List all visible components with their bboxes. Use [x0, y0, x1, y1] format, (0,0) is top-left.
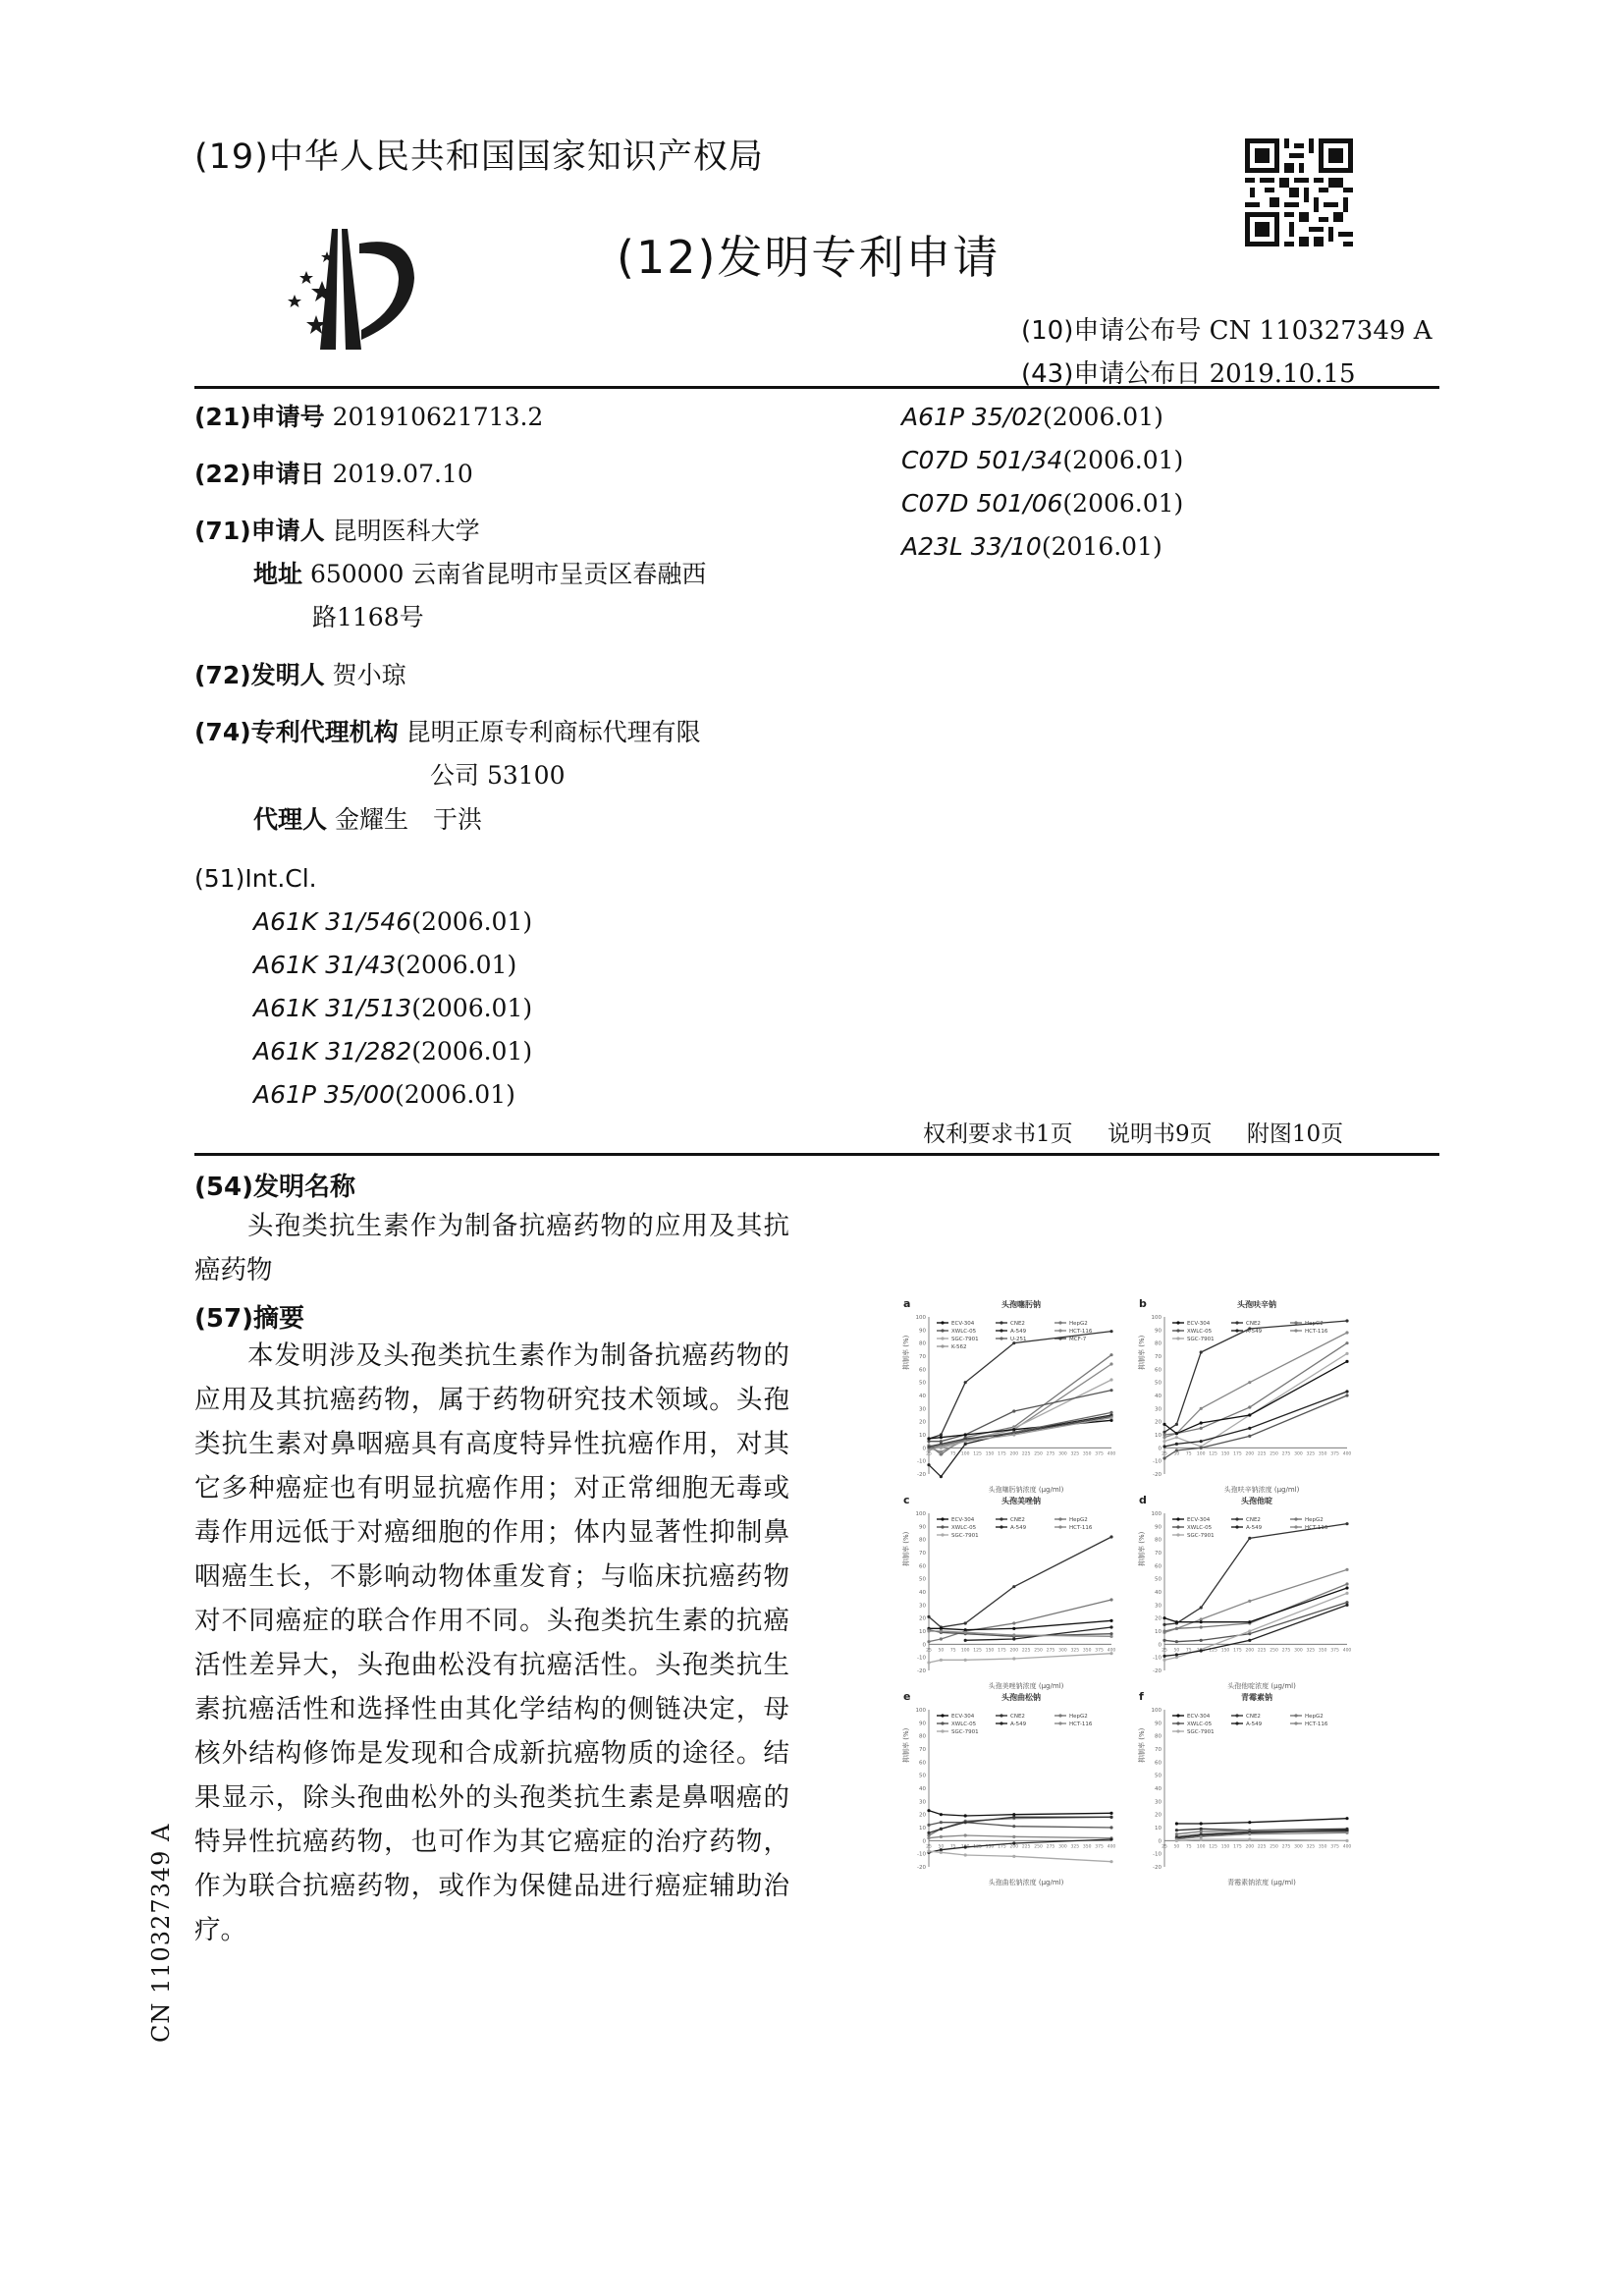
- svg-text:275: 275: [1282, 1647, 1291, 1653]
- svg-text:125: 125: [973, 1450, 982, 1456]
- int-cl-entry: C07D 501/06(2006.01): [901, 489, 1183, 518]
- svg-text:325: 325: [1071, 1647, 1080, 1653]
- svg-text:80: 80: [1155, 1538, 1162, 1544]
- svg-text:325: 325: [1071, 1450, 1080, 1456]
- svg-text:200: 200: [1246, 1450, 1255, 1456]
- publication-date: (43)申请公布日 2019.10.15: [1021, 354, 1356, 390]
- abstract-figure: a 头孢噻肟钠 -20-1001020304050607080901002550…: [903, 1301, 1355, 1890]
- int-cl-entry: A61P 35/00(2006.01): [253, 1080, 515, 1109]
- svg-text:250: 250: [1034, 1450, 1043, 1456]
- address-value-line1: 650000 云南省昆明市呈贡区春融西: [310, 560, 706, 588]
- svg-text:XWLC-05: XWLC-05: [1187, 1722, 1213, 1727]
- svg-text:300: 300: [1294, 1843, 1303, 1849]
- svg-text:-10: -10: [1153, 1656, 1162, 1662]
- address-label: 地址: [253, 560, 302, 588]
- agency-value-line2: 公司 53100: [430, 761, 565, 790]
- svg-text:-10: -10: [1153, 1852, 1162, 1858]
- svg-text:350: 350: [1319, 1647, 1327, 1653]
- agent: 代理人 金耀生 于洪: [253, 805, 482, 835]
- applicant-label: (71)申请人: [194, 517, 325, 545]
- svg-text:150: 150: [1221, 1843, 1230, 1849]
- svg-text:225: 225: [1258, 1450, 1267, 1456]
- svg-text:100: 100: [961, 1647, 970, 1653]
- description-page-count: 说明书9页: [1108, 1121, 1213, 1147]
- svg-text:30: 30: [919, 1799, 926, 1805]
- svg-text:-10: -10: [917, 1852, 926, 1858]
- svg-text:SGC-7901: SGC-7901: [951, 1729, 979, 1735]
- chart-panel-f: f 青霉素钠 -20-10010203040506070809010025507…: [1139, 1694, 1355, 1890]
- svg-text:10: 10: [1155, 1826, 1162, 1831]
- svg-text:50: 50: [939, 1647, 945, 1653]
- agent-value: 金耀生 于洪: [335, 805, 482, 834]
- svg-text:40: 40: [1155, 1590, 1162, 1596]
- chart-panel-d: d 头孢他啶 -20-10010203040506070809010025507…: [1139, 1498, 1355, 1694]
- svg-text:225: 225: [1022, 1450, 1031, 1456]
- svg-text:150: 150: [986, 1450, 995, 1456]
- invention-title-heading: (54)发明名称: [194, 1167, 355, 1203]
- svg-text:HepG2: HepG2: [1069, 1321, 1088, 1327]
- svg-text:80: 80: [919, 1341, 926, 1347]
- svg-text:HCT-116: HCT-116: [1069, 1525, 1093, 1531]
- svg-text:10: 10: [919, 1826, 926, 1831]
- svg-text:30: 30: [1155, 1406, 1162, 1412]
- svg-text:-10: -10: [1153, 1459, 1162, 1465]
- svg-text:90: 90: [1155, 1721, 1162, 1726]
- svg-text:30: 30: [1155, 1799, 1162, 1805]
- svg-text:100: 100: [961, 1450, 970, 1456]
- publication-number-label: (10)申请公布号: [1021, 316, 1201, 346]
- int-cl-entry: A23L 33/10(2016.01): [901, 532, 1162, 561]
- svg-text:90: 90: [919, 1721, 926, 1726]
- applicant-value: 昆明医科大学: [333, 517, 480, 545]
- svg-text:350: 350: [1319, 1843, 1327, 1849]
- application-number-value: 201910621713.2: [333, 403, 544, 431]
- drawings-page-count: 附图10页: [1247, 1121, 1343, 1147]
- svg-text:300: 300: [1294, 1450, 1303, 1456]
- svg-text:175: 175: [1233, 1843, 1242, 1849]
- svg-text:75: 75: [1186, 1450, 1192, 1456]
- svg-text:90: 90: [1155, 1524, 1162, 1530]
- abstract-text: 本发明涉及头孢类抗生素作为制备抗癌药物的应用及其抗癌药物，属于药物研究技术领域。…: [194, 1334, 789, 1952]
- svg-text:50: 50: [1155, 1381, 1162, 1387]
- header-divider: [194, 386, 1439, 389]
- svg-text:40: 40: [919, 1590, 926, 1596]
- agency-value-line1: 昆明正原专利商标代理有限: [406, 718, 701, 746]
- svg-text:375: 375: [1095, 1450, 1104, 1456]
- svg-text:100: 100: [1152, 1511, 1162, 1517]
- svg-text:150: 150: [1221, 1450, 1230, 1456]
- chart-panel-e: e 头孢曲松钠 -20-1001020304050607080901002550…: [903, 1694, 1119, 1890]
- page-counts: 权利要求书1页 说明书9页 附图10页: [923, 1116, 1371, 1148]
- svg-text:CNE2: CNE2: [1010, 1714, 1025, 1720]
- svg-text:HCT-116: HCT-116: [1069, 1722, 1093, 1727]
- svg-text:A-549: A-549: [1010, 1525, 1027, 1531]
- claims-page-count: 权利要求书1页: [923, 1121, 1073, 1147]
- svg-text:30: 30: [919, 1406, 926, 1412]
- svg-text:40: 40: [919, 1394, 926, 1399]
- svg-text:350: 350: [1083, 1843, 1092, 1849]
- svg-text:400: 400: [1343, 1450, 1352, 1456]
- svg-text:25: 25: [926, 1843, 932, 1849]
- svg-text:400: 400: [1343, 1647, 1352, 1653]
- svg-text:225: 225: [1258, 1647, 1267, 1653]
- svg-text:375: 375: [1095, 1843, 1104, 1849]
- svg-text:30: 30: [1155, 1603, 1162, 1609]
- svg-text:100: 100: [916, 1708, 927, 1714]
- inventor-value: 贺小琼: [333, 661, 406, 689]
- svg-text:-20: -20: [1153, 1472, 1162, 1478]
- svg-text:-10: -10: [917, 1459, 926, 1465]
- svg-text:60: 60: [1155, 1367, 1162, 1373]
- publication-number-value: CN 110327349 A: [1210, 316, 1433, 346]
- svg-text:HCT-116: HCT-116: [1305, 1329, 1328, 1335]
- svg-text:CNE2: CNE2: [1010, 1321, 1025, 1327]
- svg-text:70: 70: [919, 1551, 926, 1557]
- inventor-label: (72)发明人: [194, 661, 325, 689]
- svg-text:ECV-304: ECV-304: [1187, 1517, 1211, 1523]
- svg-text:200: 200: [1010, 1450, 1019, 1456]
- svg-text:XWLC-05: XWLC-05: [1187, 1329, 1213, 1335]
- svg-text:-20: -20: [1153, 1865, 1162, 1871]
- application-number: (21)申请号 201910621713.2: [194, 403, 543, 432]
- svg-text:20: 20: [1155, 1616, 1162, 1622]
- int-cl-label: (51)Int.Cl.: [194, 864, 317, 894]
- svg-text:20: 20: [1155, 1420, 1162, 1426]
- svg-text:SGC-7901: SGC-7901: [1187, 1729, 1215, 1735]
- svg-text:80: 80: [1155, 1341, 1162, 1347]
- svg-text:50: 50: [919, 1577, 926, 1583]
- qr-code-icon: [1245, 138, 1353, 246]
- svg-text:A-549: A-549: [1246, 1722, 1263, 1727]
- bibliographic-divider: [194, 1153, 1439, 1156]
- svg-text:60: 60: [919, 1760, 926, 1766]
- svg-text:ECV-304: ECV-304: [951, 1714, 975, 1720]
- svg-text:375: 375: [1095, 1647, 1104, 1653]
- svg-text:275: 275: [1282, 1450, 1291, 1456]
- application-number-label: (21)申请号: [194, 403, 325, 431]
- svg-text:HepG2: HepG2: [1069, 1517, 1088, 1523]
- svg-text:225: 225: [1258, 1843, 1267, 1849]
- svg-text:70: 70: [1155, 1551, 1162, 1557]
- svg-text:-20: -20: [917, 1472, 926, 1478]
- address: 地址 650000 云南省昆明市呈贡区春融西: [253, 560, 706, 589]
- abstract-heading: (57)摘要: [194, 1298, 304, 1335]
- svg-text:CNE2: CNE2: [1246, 1714, 1261, 1720]
- filing-date-label: (22)申请日: [194, 460, 325, 488]
- svg-text:70: 70: [1155, 1354, 1162, 1360]
- svg-text:125: 125: [1209, 1843, 1217, 1849]
- cnipa-logo-icon: [265, 224, 432, 352]
- svg-text:250: 250: [1034, 1647, 1043, 1653]
- svg-text:20: 20: [1155, 1813, 1162, 1819]
- svg-text:HepG2: HepG2: [1305, 1517, 1324, 1523]
- svg-text:50: 50: [1174, 1647, 1180, 1653]
- svg-text:250: 250: [1034, 1843, 1043, 1849]
- publication-number: (10)申请公布号 CN 110327349 A: [1021, 310, 1432, 347]
- svg-text:50: 50: [1155, 1577, 1162, 1583]
- svg-text:-20: -20: [1153, 1668, 1162, 1674]
- svg-text:CNE2: CNE2: [1246, 1517, 1261, 1523]
- agency-label: (74)专利代理机构: [194, 718, 399, 746]
- int-cl-entry: A61P 35/02(2006.01): [901, 403, 1163, 431]
- svg-text:125: 125: [973, 1647, 982, 1653]
- patent-agency: (74)专利代理机构 昆明正原专利商标代理有限: [194, 718, 701, 747]
- svg-text:350: 350: [1083, 1450, 1092, 1456]
- svg-text:XWLC-05: XWLC-05: [1187, 1525, 1213, 1531]
- svg-text:275: 275: [1282, 1843, 1291, 1849]
- svg-text:325: 325: [1307, 1647, 1316, 1653]
- svg-text:40: 40: [919, 1786, 926, 1792]
- svg-text:300: 300: [1058, 1450, 1067, 1456]
- svg-text:30: 30: [919, 1603, 926, 1609]
- svg-text:A-549: A-549: [1246, 1525, 1263, 1531]
- int-cl-entry: A61K 31/546(2006.01): [253, 907, 532, 936]
- svg-text:10: 10: [1155, 1433, 1162, 1439]
- svg-text:90: 90: [919, 1524, 926, 1530]
- svg-text:70: 70: [919, 1354, 926, 1360]
- svg-text:200: 200: [1246, 1647, 1255, 1653]
- svg-text:25: 25: [1162, 1647, 1167, 1653]
- svg-text:75: 75: [950, 1647, 956, 1653]
- chart-panel-b: b 头孢呋辛钠 -20-1001020304050607080901002550…: [1139, 1301, 1355, 1498]
- svg-text:80: 80: [1155, 1734, 1162, 1740]
- publication-date-label: (43)申请公布日: [1021, 359, 1201, 389]
- svg-text:375: 375: [1330, 1647, 1339, 1653]
- svg-text:25: 25: [926, 1647, 932, 1653]
- svg-text:100: 100: [916, 1315, 927, 1321]
- address-line2: 路1168号: [312, 603, 424, 632]
- svg-text:325: 325: [1071, 1843, 1080, 1849]
- svg-text:100: 100: [916, 1511, 927, 1517]
- svg-text:XWLC-05: XWLC-05: [951, 1329, 977, 1335]
- svg-text:HepG2: HepG2: [1069, 1714, 1088, 1720]
- svg-text:10: 10: [919, 1433, 926, 1439]
- filing-date-value: 2019.07.10: [333, 460, 473, 488]
- svg-text:60: 60: [919, 1367, 926, 1373]
- svg-text:400: 400: [1343, 1843, 1352, 1849]
- svg-text:CNE2: CNE2: [1246, 1321, 1261, 1327]
- svg-text:-10: -10: [917, 1656, 926, 1662]
- agent-label: 代理人: [253, 805, 327, 834]
- svg-text:60: 60: [919, 1563, 926, 1569]
- svg-text:SGC-7901: SGC-7901: [951, 1533, 979, 1539]
- svg-text:175: 175: [1233, 1647, 1242, 1653]
- svg-text:250: 250: [1270, 1450, 1278, 1456]
- svg-text:175: 175: [998, 1647, 1006, 1653]
- svg-text:75: 75: [950, 1450, 956, 1456]
- svg-text:25: 25: [1162, 1843, 1167, 1849]
- applicant: (71)申请人 昆明医科大学: [194, 517, 480, 546]
- int-cl-entry: A61K 31/513(2006.01): [253, 994, 532, 1022]
- svg-text:XWLC-05: XWLC-05: [951, 1525, 977, 1531]
- svg-text:150: 150: [986, 1647, 995, 1653]
- svg-text:90: 90: [919, 1328, 926, 1334]
- svg-text:300: 300: [1058, 1843, 1067, 1849]
- svg-text:250: 250: [1270, 1647, 1278, 1653]
- svg-text:400: 400: [1108, 1843, 1116, 1849]
- svg-text:200: 200: [1246, 1843, 1255, 1849]
- svg-text:175: 175: [1233, 1450, 1242, 1456]
- svg-text:40: 40: [1155, 1786, 1162, 1792]
- int-cl-entry: A61K 31/43(2006.01): [253, 951, 516, 979]
- svg-text:SGC-7901: SGC-7901: [1187, 1337, 1215, 1342]
- svg-text:375: 375: [1330, 1843, 1339, 1849]
- svg-text:250: 250: [1270, 1843, 1278, 1849]
- svg-text:125: 125: [1209, 1450, 1217, 1456]
- svg-text:CNE2: CNE2: [1010, 1517, 1025, 1523]
- svg-text:ECV-304: ECV-304: [1187, 1714, 1211, 1720]
- svg-text:325: 325: [1307, 1450, 1316, 1456]
- chart-panel-a: a 头孢噻肟钠 -20-1001020304050607080901002550…: [903, 1301, 1119, 1498]
- svg-text:100: 100: [1152, 1315, 1162, 1321]
- svg-text:ECV-304: ECV-304: [951, 1517, 975, 1523]
- svg-text:350: 350: [1319, 1450, 1327, 1456]
- inventor: (72)发明人 贺小琼: [194, 661, 406, 690]
- int-cl-entry: C07D 501/34(2006.01): [901, 446, 1183, 474]
- svg-text:400: 400: [1108, 1450, 1116, 1456]
- svg-text:40: 40: [1155, 1394, 1162, 1399]
- invention-title: 头孢类抗生素作为制备抗癌药物的应用及其抗癌药物: [194, 1204, 789, 1292]
- svg-text:A-549: A-549: [1010, 1329, 1027, 1335]
- side-publication-number: CN 110327349 A: [147, 1824, 175, 2043]
- svg-text:10: 10: [1155, 1629, 1162, 1635]
- svg-text:-20: -20: [917, 1865, 926, 1871]
- svg-text:10: 10: [919, 1629, 926, 1635]
- svg-text:70: 70: [1155, 1747, 1162, 1753]
- svg-text:ECV-304: ECV-304: [1187, 1321, 1211, 1327]
- svg-text:50: 50: [1155, 1774, 1162, 1779]
- svg-text:80: 80: [919, 1734, 926, 1740]
- svg-text:20: 20: [919, 1813, 926, 1819]
- svg-text:25: 25: [1162, 1450, 1167, 1456]
- svg-text:150: 150: [1221, 1647, 1230, 1653]
- publication-date-value: 2019.10.15: [1210, 359, 1356, 389]
- svg-text:80: 80: [919, 1538, 926, 1544]
- svg-text:70: 70: [919, 1747, 926, 1753]
- svg-text:SGC-7901: SGC-7901: [951, 1337, 979, 1342]
- svg-text:275: 275: [1047, 1450, 1055, 1456]
- svg-text:50: 50: [919, 1774, 926, 1779]
- svg-text:SGC-7901: SGC-7901: [1187, 1533, 1215, 1539]
- svg-text:275: 275: [1047, 1647, 1055, 1653]
- svg-text:300: 300: [1058, 1647, 1067, 1653]
- document-type: (12)发明专利申请: [617, 222, 1000, 287]
- svg-text:225: 225: [1022, 1843, 1031, 1849]
- filing-date: (22)申请日 2019.07.10: [194, 460, 473, 489]
- svg-text:90: 90: [1155, 1328, 1162, 1334]
- svg-text:-20: -20: [917, 1668, 926, 1674]
- svg-text:20: 20: [919, 1420, 926, 1426]
- svg-text:ECV-304: ECV-304: [951, 1321, 975, 1327]
- svg-text:350: 350: [1083, 1647, 1092, 1653]
- svg-text:100: 100: [1197, 1843, 1206, 1849]
- svg-text:HepG2: HepG2: [1305, 1714, 1324, 1720]
- svg-text:60: 60: [1155, 1563, 1162, 1569]
- svg-text:50: 50: [1174, 1843, 1180, 1849]
- svg-text:75: 75: [1186, 1843, 1192, 1849]
- svg-text:275: 275: [1047, 1843, 1055, 1849]
- svg-text:MCF-7: MCF-7: [1069, 1337, 1087, 1342]
- svg-text:300: 300: [1294, 1647, 1303, 1653]
- svg-text:K-562: K-562: [951, 1344, 967, 1350]
- svg-text:175: 175: [998, 1450, 1006, 1456]
- agency-line2: 公司 53100: [430, 761, 565, 791]
- svg-text:XWLC-05: XWLC-05: [951, 1722, 977, 1727]
- svg-text:HCT-116: HCT-116: [1305, 1722, 1328, 1727]
- chart-panel-c: c 头孢美唑钠 -20-1001020304050607080901002550…: [903, 1498, 1119, 1694]
- svg-text:50: 50: [919, 1381, 926, 1387]
- svg-text:A-549: A-549: [1010, 1722, 1027, 1727]
- svg-text:200: 200: [1010, 1647, 1019, 1653]
- svg-text:20: 20: [919, 1616, 926, 1622]
- issuing-office: (19)中华人民共和国国家知识产权局: [194, 130, 764, 179]
- svg-text:225: 225: [1022, 1647, 1031, 1653]
- svg-text:100: 100: [1152, 1708, 1162, 1714]
- svg-text:325: 325: [1307, 1843, 1316, 1849]
- svg-text:60: 60: [1155, 1760, 1162, 1766]
- svg-text:375: 375: [1330, 1450, 1339, 1456]
- svg-text:100: 100: [1197, 1450, 1206, 1456]
- int-cl-entry: A61K 31/282(2006.01): [253, 1037, 532, 1066]
- address-value-line2: 路1168号: [312, 603, 424, 631]
